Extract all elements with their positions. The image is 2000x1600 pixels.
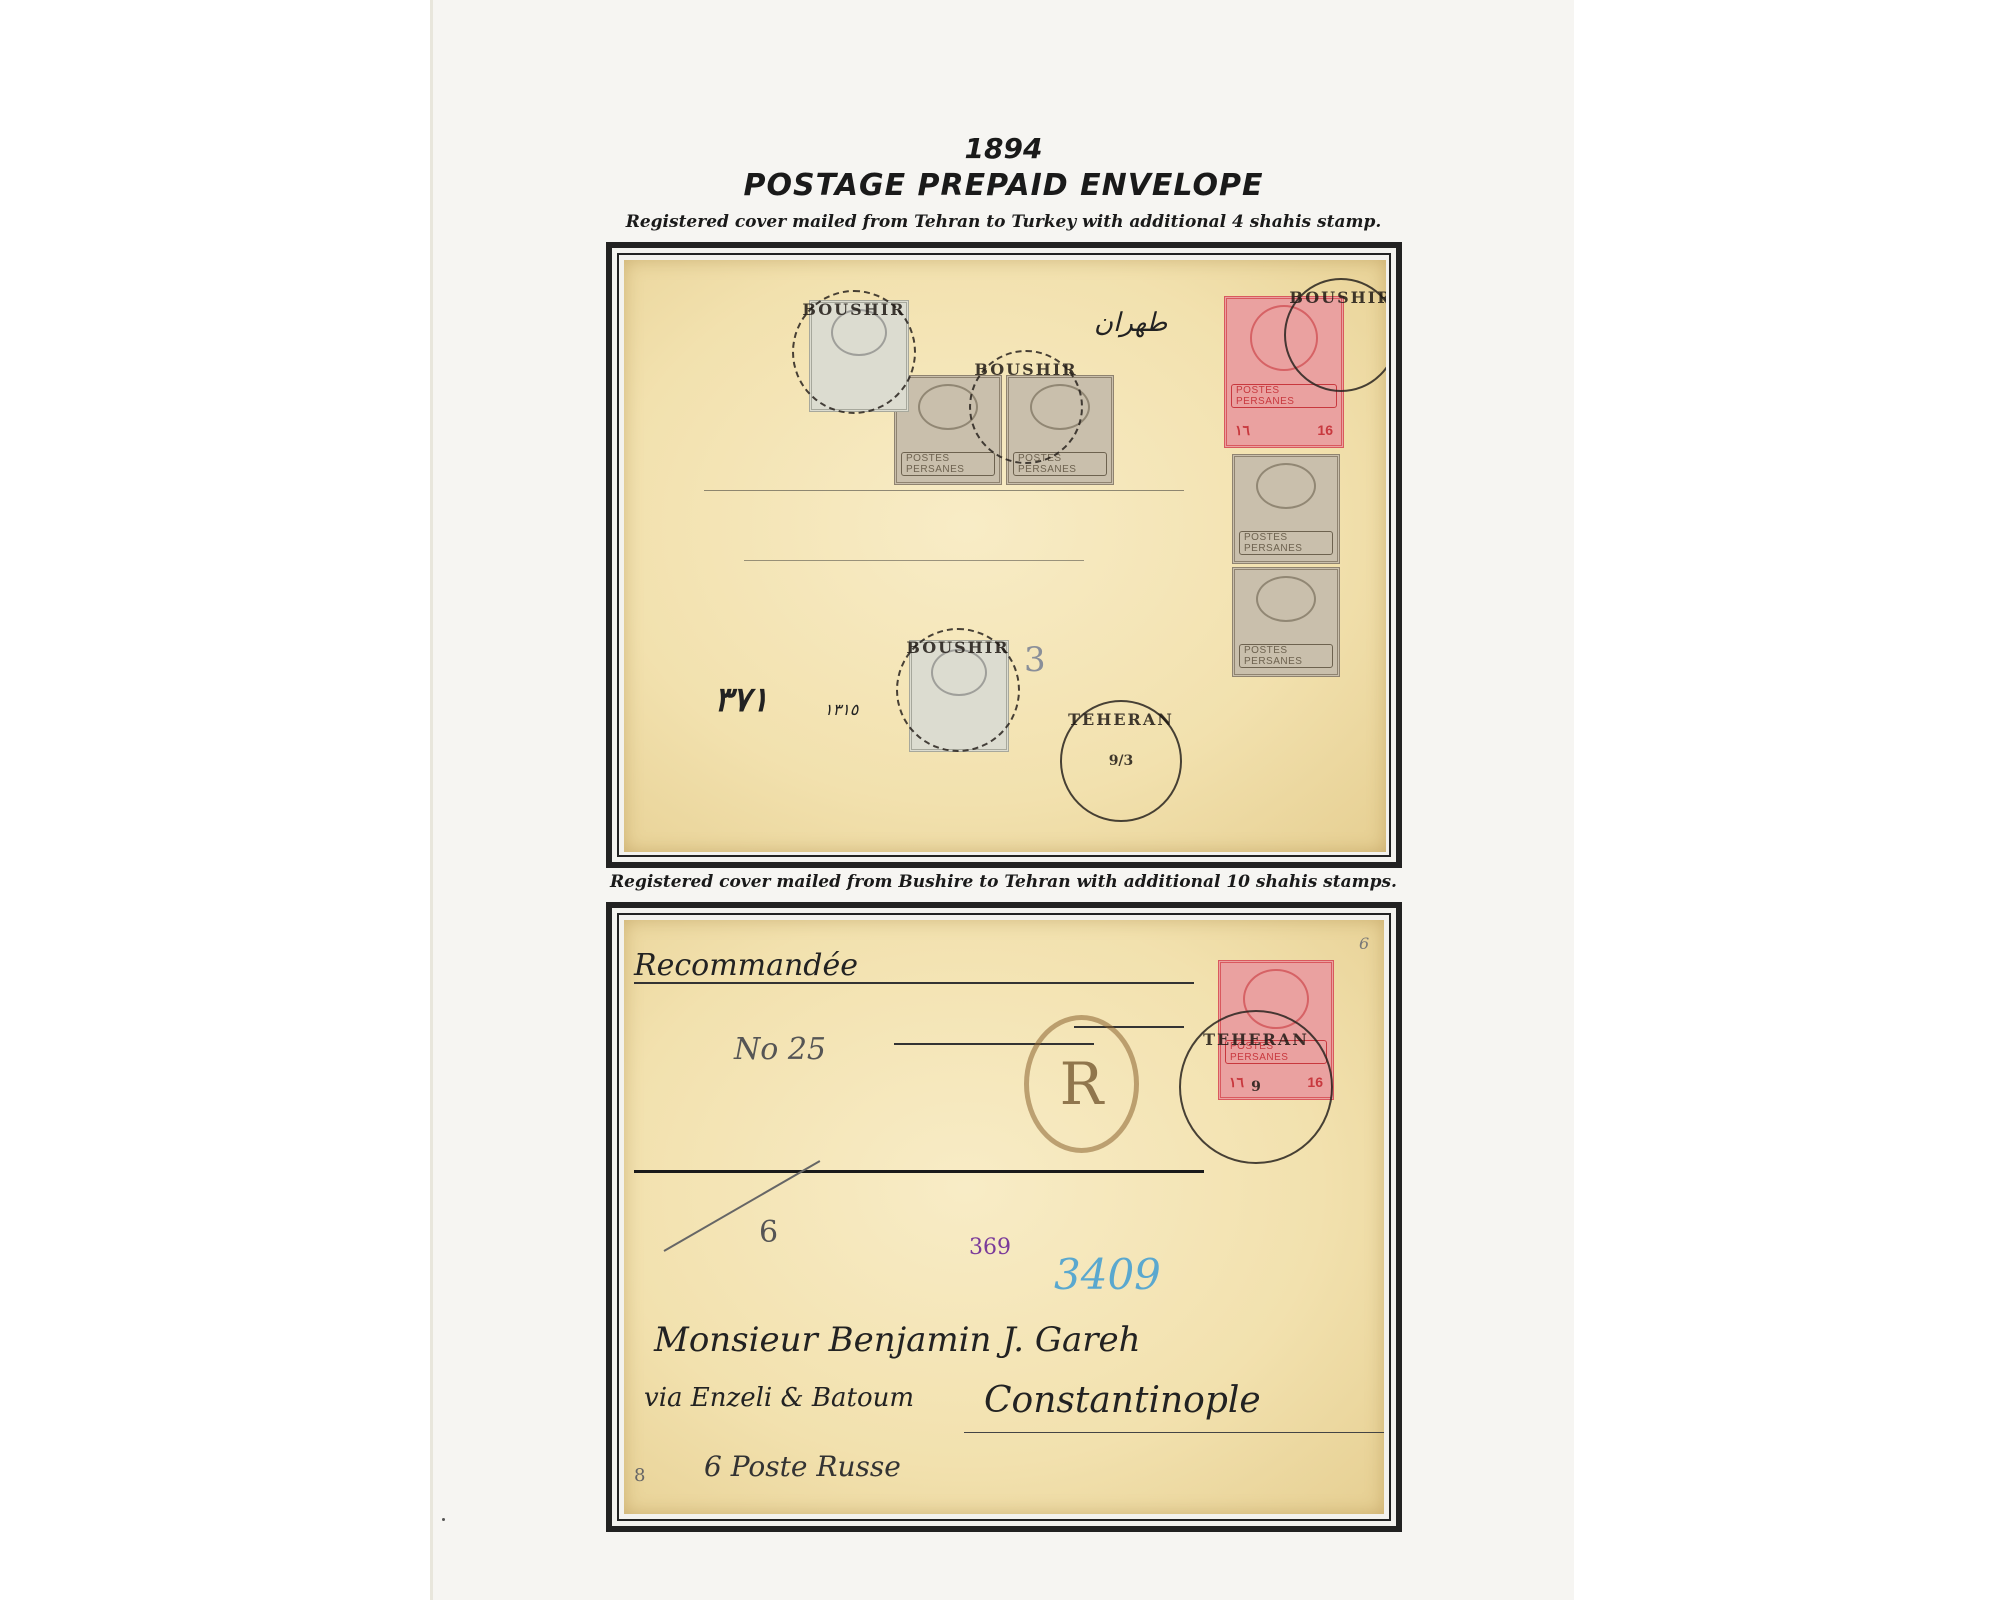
cover-1-pencil-mark: 3 — [1024, 640, 1046, 680]
purple-number: 369 — [969, 1235, 1011, 1260]
left-pencil-mark: 8 — [634, 1465, 645, 1486]
cover-2-recommande: Recommandée — [634, 948, 858, 983]
cover-2-number: No 25 — [734, 1032, 826, 1067]
paper-speck — [442, 1518, 445, 1521]
handwriting-line — [704, 490, 1184, 491]
cover-2-postmark-teheran: TEHERAN 9 — [1179, 1010, 1333, 1164]
cover-1-adhesive-stamp: POSTES PERSANES — [1232, 454, 1340, 564]
cover-2-envelope: Recommandée No 25 R POSTES PERSANES ١٦16… — [624, 920, 1384, 1514]
addressee-city: Constantinople — [984, 1380, 1261, 1421]
cover-1-postmark-boushir-4: BOUSHIR — [896, 628, 1020, 752]
cover-1-envelope: طهران POSTES PERSANES ١٦16 BOUSHIR POSTE… — [624, 260, 1386, 852]
blue-number: 3409 — [1054, 1250, 1161, 1299]
pencil-6: 6 — [759, 1215, 778, 1250]
strike-line — [634, 982, 1194, 984]
cover-1-postmark-boushir-3: BOUSHIR — [792, 290, 916, 414]
cover-1-registration-number: ٣٧١ — [714, 680, 769, 720]
footer-note: 6 Poste Russe — [704, 1450, 901, 1483]
cover-1-caption: Registered cover mailed from Tehran to T… — [433, 212, 1574, 232]
pencil-stroke — [664, 1160, 821, 1252]
corner-pencil-mark: 6 — [1359, 934, 1369, 953]
lion-emblem-icon — [1256, 576, 1316, 622]
lion-emblem-icon — [1256, 463, 1316, 509]
album-page: 1894 POSTAGE PREPAID ENVELOPE Registered… — [430, 0, 1574, 1600]
cover-1-frame: طهران POSTES PERSANES ١٦16 BOUSHIR POSTE… — [606, 242, 1402, 868]
page-title: POSTAGE PREPAID ENVELOPE — [433, 168, 1574, 203]
underline — [964, 1432, 1384, 1433]
cover-1-postmark-teheran: TEHERAN 9/3 — [1060, 700, 1182, 822]
cover-1-postmark-boushir-2: BOUSHIR — [969, 350, 1083, 464]
cover-2-caption: Registered cover mailed from Bushire to … — [433, 872, 1574, 892]
cover-1-address-persian: طهران — [1094, 308, 1167, 338]
addressee-line-1: Monsieur Benjamin J. Gareh — [654, 1320, 1141, 1360]
cover-2-frame: Recommandée No 25 R POSTES PERSANES ١٦16… — [606, 902, 1402, 1532]
cover-1-adhesive-stamp: POSTES PERSANES — [1232, 567, 1340, 677]
page-year: 1894 — [433, 132, 1574, 165]
handwriting-line — [744, 560, 1084, 561]
registration-r-mark: R — [1024, 1015, 1139, 1153]
addressee-line-2: via Enzeli & Batoum — [644, 1383, 914, 1413]
persian-address-line — [634, 1170, 1204, 1173]
cover-1-date-persian: ١٣١٥ — [824, 700, 858, 719]
cover-1-postmark-boushir-1: BOUSHIR — [1284, 278, 1386, 392]
